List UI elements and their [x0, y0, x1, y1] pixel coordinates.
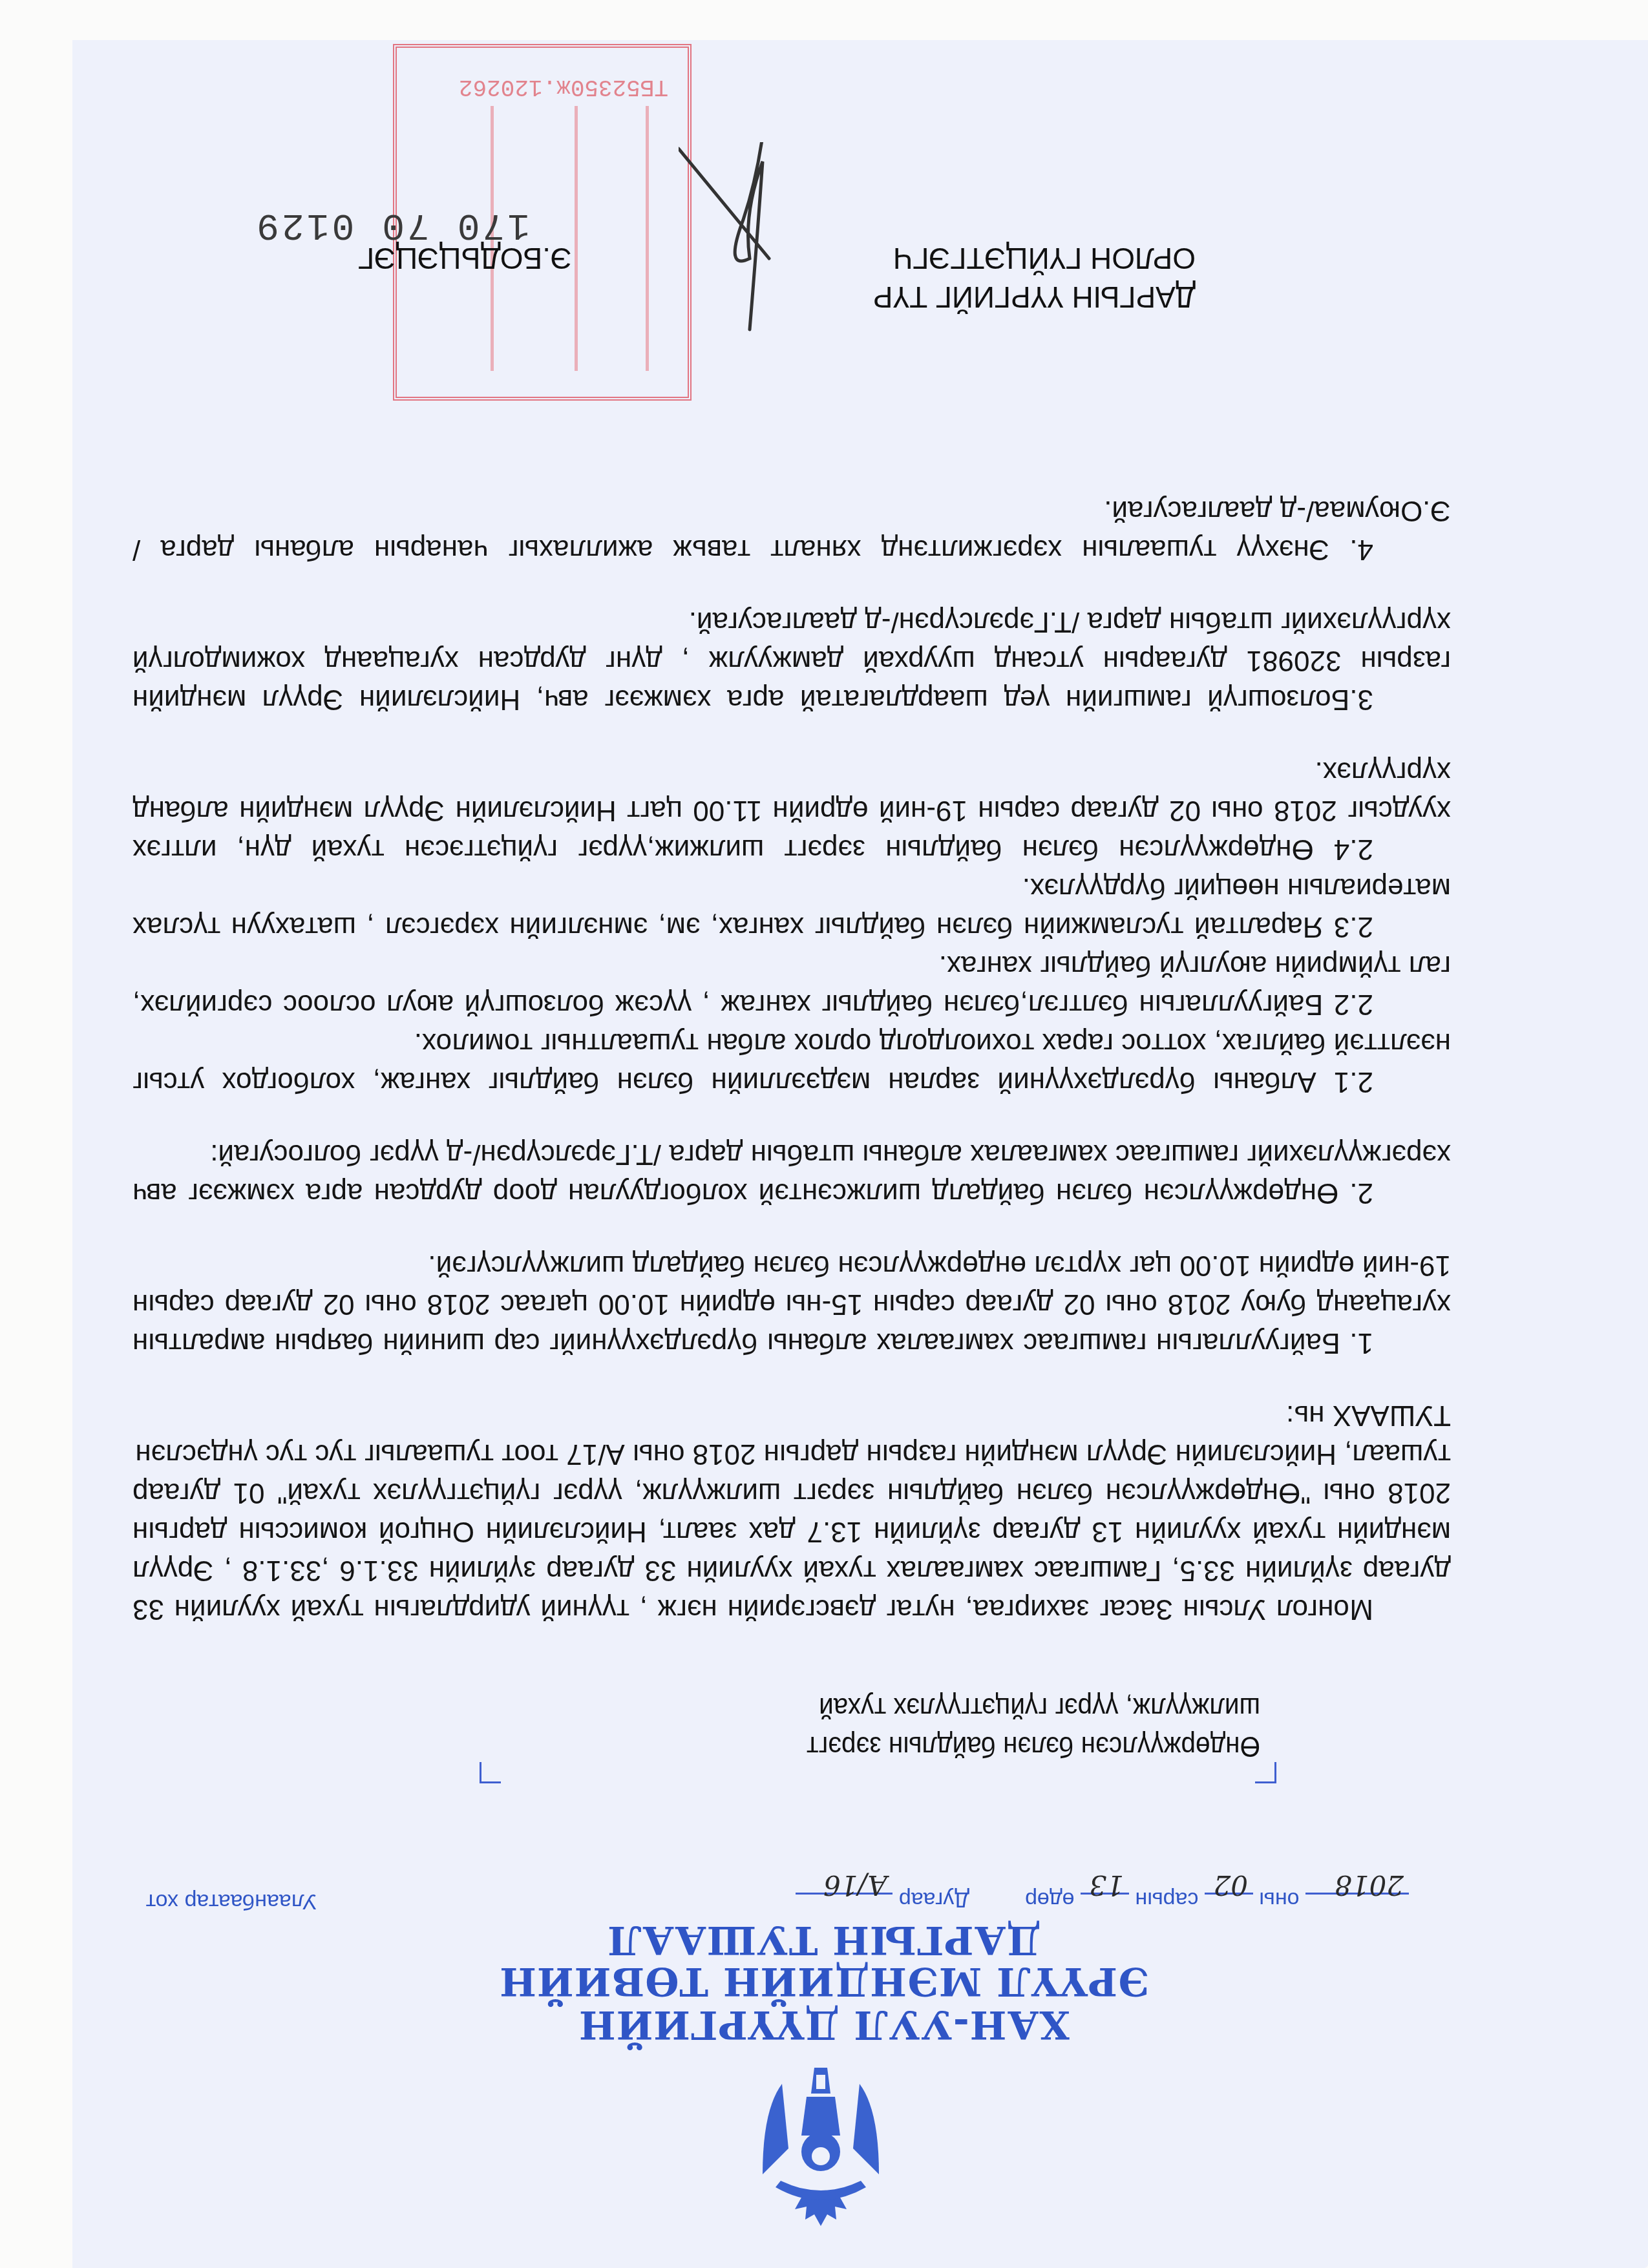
signatory-title-line-1: ДАРГЫН ҮҮРГИЙГ ТҮР: [873, 278, 1196, 317]
letterhead-line-2: ЭРҮҮЛ МЭНДИЙН ТӨВИЙН: [0, 1960, 1648, 2002]
signatory-title-line-2: ОРЛОН ГҮЙЦЭТГЭГЧ: [873, 239, 1196, 278]
order-number: Дугаар А/16: [796, 1887, 969, 1914]
document-page: ХАН-УУЛ ДҮҮРГИЙН ЭРҮҮЛ МЭНДИЙН ТӨВИЙН ДА…: [72, 40, 1648, 2268]
day-field: 13: [1081, 1893, 1129, 1914]
subject: Өндөржүүлсэн бэлэн байдлын зэрэгт шилжүү…: [547, 1688, 1260, 1765]
number-label: Дугаар: [899, 1887, 969, 1912]
day-label: өдөр: [1025, 1887, 1075, 1912]
stamp-id: ТБ52350ж.120262: [459, 74, 668, 100]
handwritten-signature-icon: [679, 142, 827, 336]
month-label: сарын: [1135, 1887, 1198, 1912]
subject-line-2: шилжүүлж, үүрэг гүйцэтгүүлэх тухай: [547, 1688, 1260, 1727]
order-item: 2.4 Өндөржүүлсэн бэлэн байдлын зэрэгт ши…: [132, 752, 1451, 868]
subject-bracket-right: [480, 1762, 501, 1783]
stamp-script-icon: [562, 106, 578, 371]
preamble: Монгол Улсын Засаг захиргаа, нутаг дэвсг…: [132, 1434, 1451, 1628]
letterhead-line-3: ДАРГЫН ТУШААЛ: [0, 1919, 1648, 1960]
number-field: А/16: [796, 1893, 893, 1914]
signatory-title: ДАРГЫН ҮҮРГИЙГ ТҮР ОРЛОН ГҮЙЦЭТГЭГЧ: [873, 239, 1196, 317]
order-item: 3.Болзошгүй гамшгийн үед шаардлагатай ар…: [132, 602, 1451, 719]
letterhead-line-1: ХАН-УУЛ ДҮҮРГИЙН: [0, 2004, 1648, 2045]
year-field: 2018: [1305, 1893, 1409, 1914]
order-item: 1. Байгууллагын гамшгаас хамгаалах албан…: [132, 1246, 1451, 1362]
order-word: ТУШААХ нь:: [132, 1396, 1451, 1434]
order-date: 2018 оны 02 сарын 13 өдөр: [1025, 1887, 1409, 1914]
stamp-script-icon: [633, 106, 649, 371]
order-item: 2. Өндөржүүлсэн бэлэн байдалд шилжсэнтэй…: [132, 1135, 1451, 1212]
order-item: 2.1 Албаны бүрэлдэхүүний зарлан мэдээлли…: [132, 1024, 1451, 1101]
order-item: 2.2 Байгууллагын бэлтгэл,бэлэн байдлыг х…: [132, 946, 1451, 1024]
subject-line-1: Өндөржүүлсэн бэлэн байдлын зэрэгт: [547, 1727, 1260, 1765]
city: Улаанбаатар хот: [146, 1889, 317, 1914]
state-emblem-icon: [750, 2064, 892, 2232]
order-item: 2.3 Яаралтай тусламжийн бэлэн байдлыг ха…: [132, 868, 1451, 946]
registration-number: 170 70 0129: [254, 204, 530, 246]
order-item: 4. Энэхүү тушаалын хэрэгжилтэнд хяналт т…: [132, 491, 1451, 569]
order-body: Монгол Улсын Засаг захиргаа, нутаг дэвсг…: [132, 491, 1451, 1628]
month-field: 02: [1205, 1893, 1253, 1914]
year-label: оны: [1259, 1887, 1299, 1912]
